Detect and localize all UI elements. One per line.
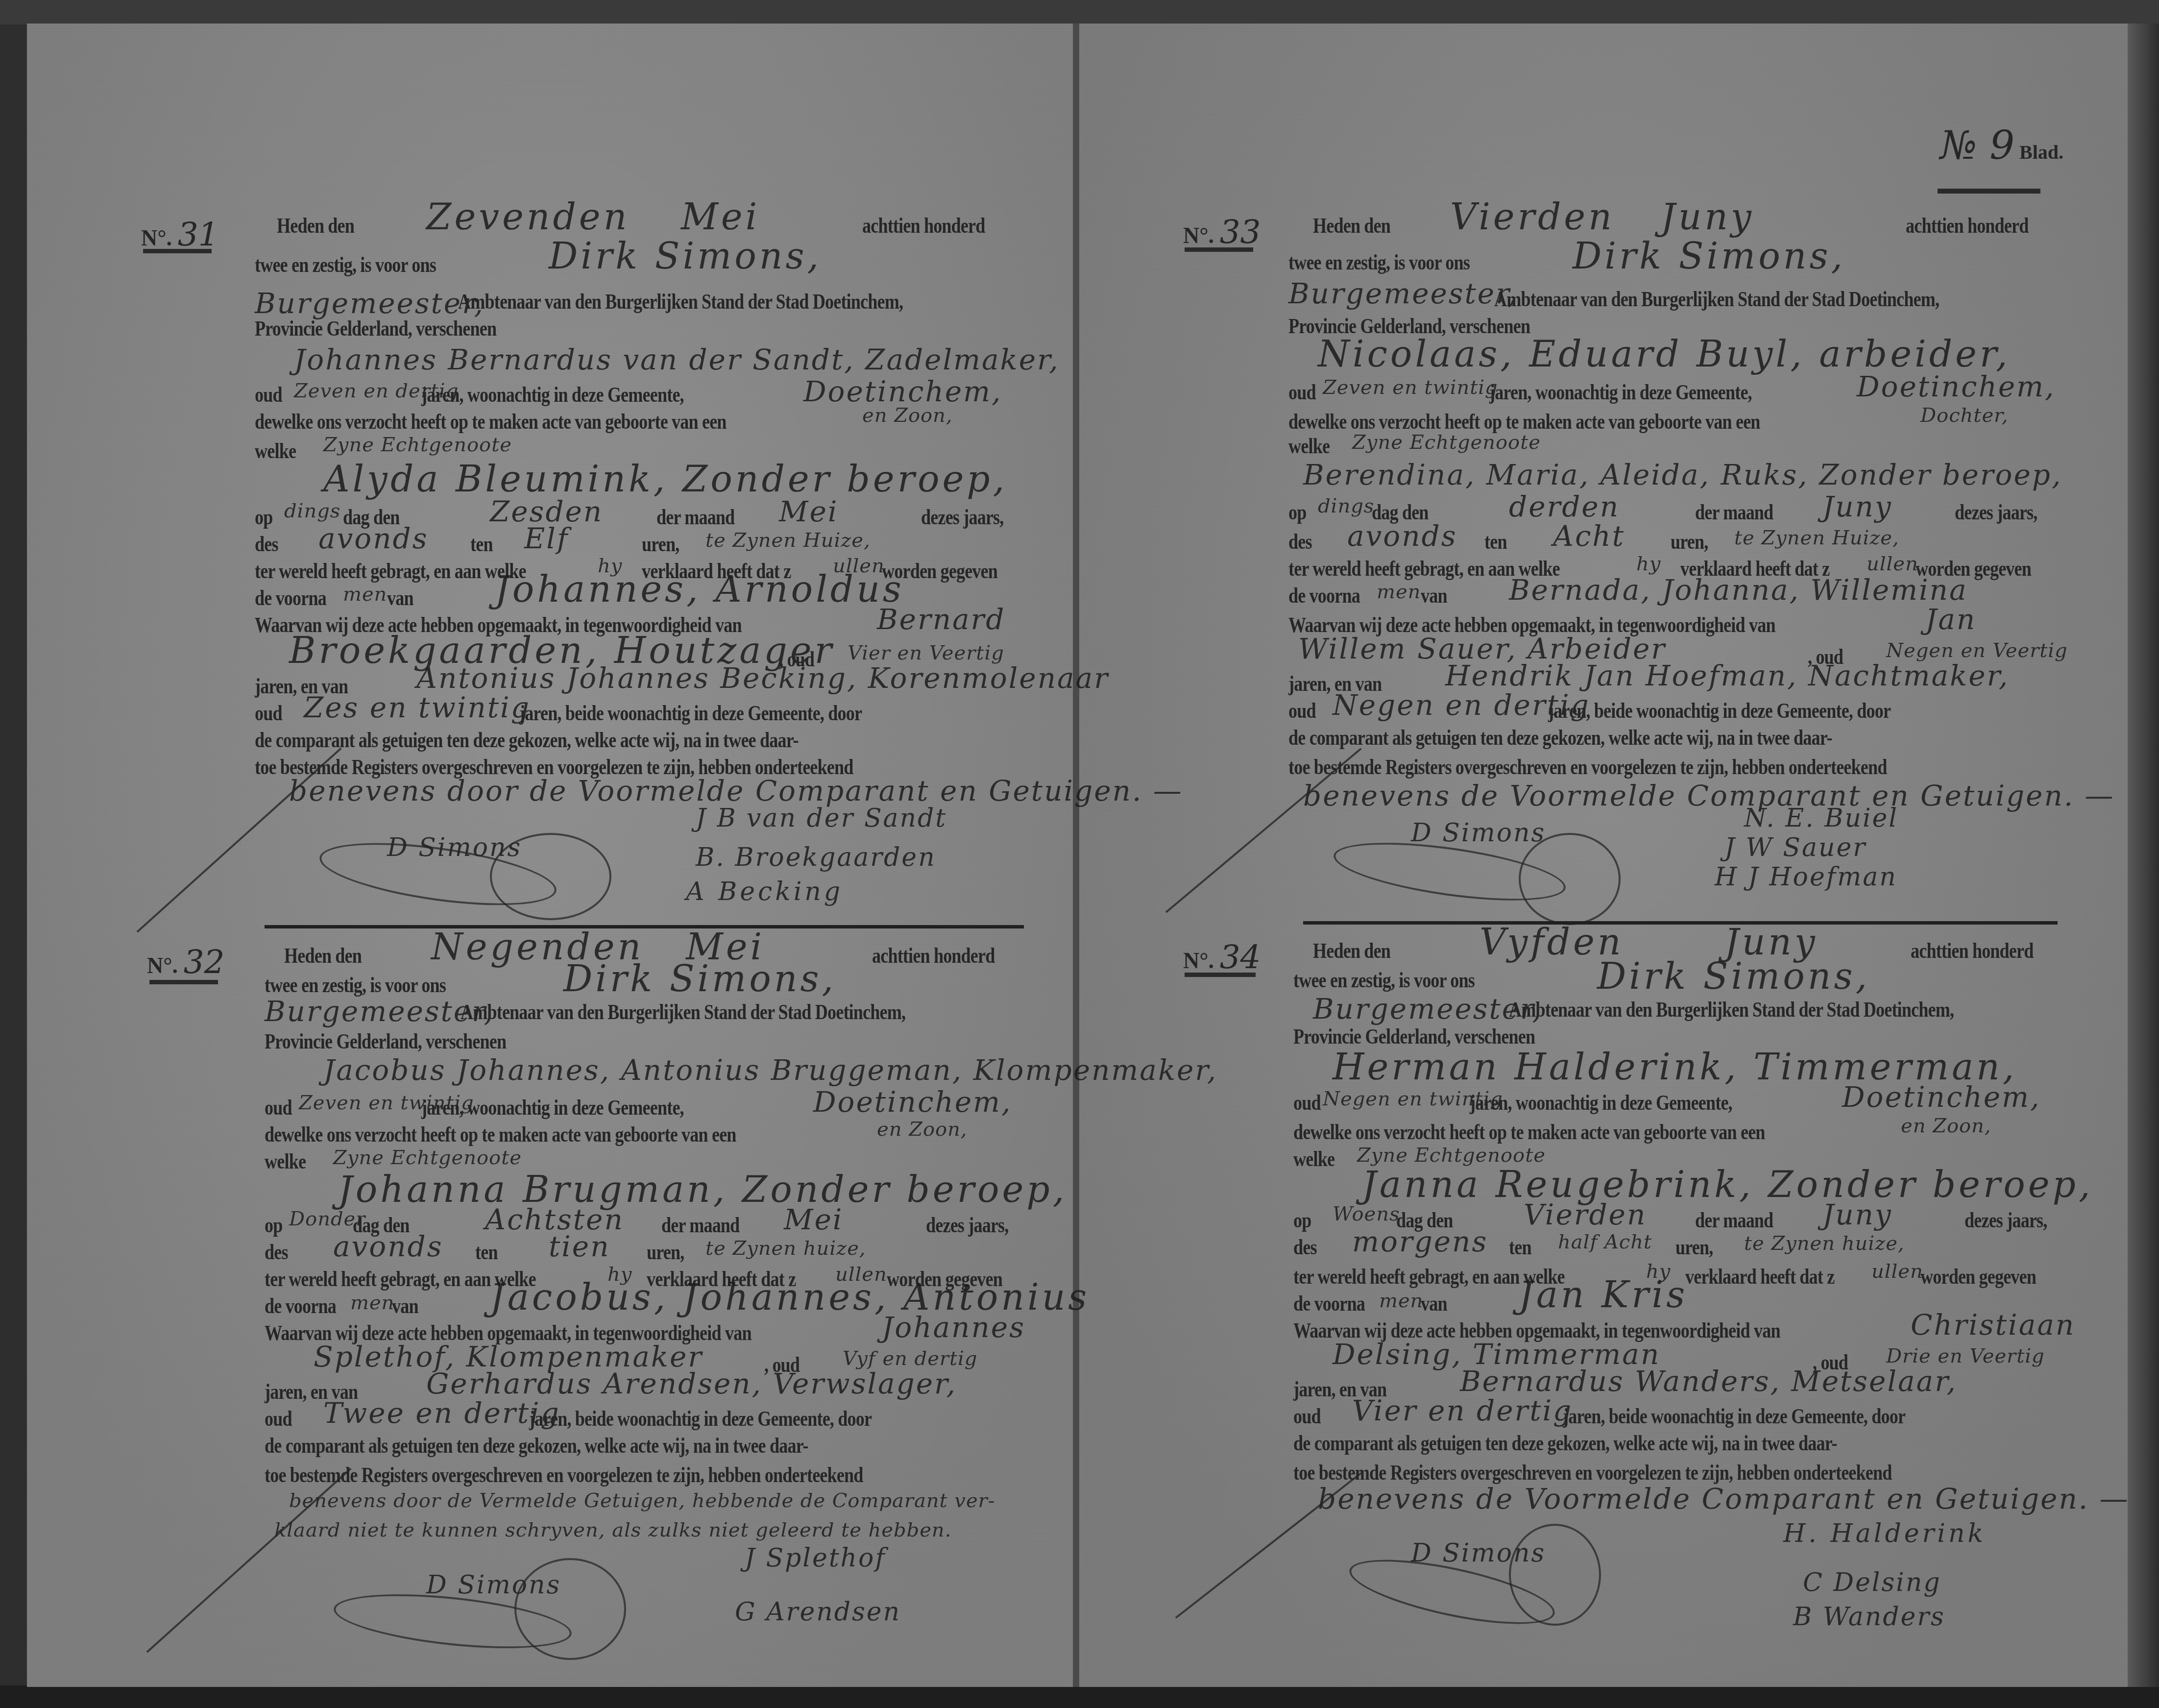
child-sex: en Zoon,: [862, 404, 953, 427]
official-name: Dirk Simons,: [1597, 955, 1870, 998]
declarant-name: Nicolaas, Eduard Buyl, arbeider,: [1318, 333, 2011, 375]
record-number: N°. 33: [1183, 213, 1261, 251]
record-separator: [1303, 921, 2058, 925]
official-title: Burgemeester,: [1313, 992, 1543, 1025]
printed-dezes-jaars: dezes jaars,: [926, 1213, 1009, 1238]
printed-dezes-jaars: dezes jaars,: [1955, 500, 2038, 525]
printed-twee-en-zestig: twee en zestig, is voor ons: [1293, 968, 1475, 993]
record-separator: [265, 925, 1024, 928]
declarant-name: Johannes Bernardus van der Sandt, Zadelm…: [294, 343, 1060, 376]
birth-hour: half Acht: [1558, 1231, 1652, 1253]
signature-flourish: [1519, 833, 1621, 925]
witness1-first-name: Christiaan: [1911, 1308, 2075, 1342]
closing-statement: benevens door de Voormelde Comparant en …: [289, 774, 1183, 807]
birth-place: te Zynen Huize,: [705, 529, 871, 552]
printed-oud: oud: [1288, 380, 1316, 405]
signature-flourish: [514, 1558, 626, 1660]
printed-provincie: Provincie Gelderland, verschenen: [255, 316, 496, 341]
signature-declarant: J B van der Sandt: [696, 804, 947, 833]
time-of-day: avonds: [333, 1230, 443, 1263]
official-name: Dirk Simons,: [563, 958, 836, 1000]
printed-de-voorna: de voorna: [1293, 1291, 1365, 1316]
voornamen-suffix: men: [343, 583, 387, 606]
witness1-first-name: Johannes: [882, 1311, 1025, 1344]
printed-oud: oud: [265, 1095, 292, 1120]
mother-name: Berendina, Maria, Aleida, Ruks, Zonder b…: [1303, 458, 2062, 491]
birth-month: Juny: [1822, 490, 1892, 523]
printed-worden-gegeven: worden gegeven: [1920, 1264, 2036, 1289]
signature-witness1: B. Broekgaarden: [696, 843, 936, 872]
witness2-age: Twee en dertig: [323, 1396, 560, 1430]
signature-witness2: B Wanders: [1793, 1602, 1945, 1632]
record-number-underline: [143, 249, 212, 253]
birth-place: te Zynen huize,: [1744, 1232, 1905, 1255]
record-date-month: Mei: [681, 196, 760, 238]
printed-ambtenaar: Ambtenaar van den Burgerlijken Stand der…: [458, 289, 903, 314]
printed-der-maand: der maand: [1695, 1208, 1773, 1233]
printed-achttien-honderd: achttien honderd: [872, 943, 995, 968]
declarant-name: Jacobus Johannes, Antonius Bruggeman, Kl…: [323, 1053, 1217, 1087]
printed-ten: ten: [470, 532, 493, 557]
page-number-handwritten: № 9: [1940, 122, 2014, 168]
page-marker-label: Blad.: [2019, 141, 2063, 163]
relation: Zyne Echtgenoote: [1352, 431, 1541, 454]
witness2-name: Bernardus Wanders, Metselaar,: [1460, 1365, 1957, 1398]
printed-des: des: [1293, 1235, 1317, 1260]
printed-der-maand: der maand: [1695, 500, 1773, 525]
printed-toe-bestemde: toe bestemde Registers overgeschreven en…: [265, 1463, 863, 1488]
birth-weekday: Woens: [1333, 1203, 1400, 1225]
time-of-day: avonds: [1347, 519, 1457, 553]
record-date-day: Vierden: [1450, 196, 1615, 238]
printed-heden-den: Heden den: [284, 943, 362, 968]
residence: Doetinchem,: [1857, 370, 2056, 403]
time-of-day: morgens: [1352, 1225, 1488, 1258]
printed-uren: uren,: [1671, 529, 1708, 554]
birth-weekday: dings: [1318, 495, 1374, 517]
printed-ambtenaar: Ambtenaar van den Burgerlijken Stand der…: [461, 1000, 905, 1025]
witness2-age: Zes en twintig: [304, 691, 531, 724]
printed-ten: ten: [475, 1240, 498, 1265]
printed-van: van: [1421, 1291, 1447, 1316]
printed-dewelke: dewelke ons verzocht heeft op te maken a…: [265, 1122, 736, 1147]
signature-witness1: J W Sauer: [1724, 833, 1867, 862]
printed-jaren-woonachtig: jaren, woonachtig in deze Gemeente,: [421, 382, 684, 407]
printed-provincie: Provincie Gelderland, verschenen: [265, 1029, 506, 1054]
birth-month: Mei: [784, 1203, 843, 1236]
scanner-frame-top: [0, 0, 2159, 24]
printed-jaren-beide: jaren, beide woonachtig in deze Gemeente…: [529, 1406, 872, 1431]
birth-month: Juny: [1822, 1198, 1892, 1231]
birth-place: te Zynen huize,: [705, 1237, 866, 1260]
printed-oud: oud: [1293, 1090, 1321, 1115]
printed-jaren-woonachtig: jaren, woonachtig in deze Gemeente,: [1470, 1090, 1732, 1115]
printed-de-voorna: de voorna: [255, 586, 326, 610]
printed-achttien-honderd: achttien honderd: [862, 213, 985, 238]
printed-welke: welke: [255, 439, 296, 464]
record-date-day: Zevenden: [426, 196, 630, 238]
declarant-age: Zeven en twintig: [1323, 376, 1498, 399]
printed-van: van: [387, 586, 413, 610]
printed-dewelke: dewelke ons verzocht heeft op te maken a…: [1288, 409, 1760, 434]
closing-statement: benevens door de Vermelde Getuigen, hebb…: [289, 1489, 995, 1512]
signature-declarant: H. Halderink: [1783, 1519, 1986, 1548]
printed-der-maand: der maand: [656, 505, 734, 530]
record-number-underline: [1185, 247, 1253, 252]
printed-jaren-beide: jaren, beide woonachtig in deze Gemeente…: [1563, 1404, 1905, 1429]
birth-weekday: dings: [284, 500, 340, 522]
printed-der-maand: der maand: [661, 1213, 739, 1238]
record-number-underline: [149, 980, 218, 984]
printed-dezes-jaars: dezes jaars,: [1965, 1208, 2047, 1233]
witness1-first-name: Bernard: [877, 603, 1005, 636]
printed-de-comparant: de comparant als getuigen ten deze gekoz…: [255, 728, 799, 753]
printed-twee-en-zestig: twee en zestig, is voor ons: [1288, 250, 1470, 275]
child-sex: en Zoon,: [1901, 1115, 1991, 1137]
printed-dezes-jaars: dezes jaars,: [921, 505, 1004, 530]
printed-uren: uren,: [1675, 1235, 1713, 1260]
official-title: Burgemeester,: [265, 995, 494, 1028]
birth-hour: tien: [549, 1230, 610, 1263]
printed-oud: oud: [265, 1406, 292, 1431]
signature-witness2: G Arendsen: [735, 1597, 901, 1627]
printed-de-comparant: de comparant als getuigen ten deze gekoz…: [265, 1433, 808, 1458]
printed-de-voorna: de voorna: [265, 1293, 336, 1318]
mother-name: Alyda Bleumink, Zonder beroep,: [323, 458, 1007, 500]
printed-des: des: [265, 1240, 288, 1265]
printed-welke: welke: [1288, 434, 1330, 459]
birth-place: te Zynen Huize,: [1734, 527, 1899, 549]
signature-witness2: A Becking: [686, 877, 843, 906]
relation: Zyne Echtgenoote: [323, 434, 512, 456]
printed-achttien-honderd: achttien honderd: [1906, 213, 2028, 238]
voornamen-suffix: men: [1377, 581, 1421, 603]
printed-toe-bestemde: toe bestemde Registers overgeschreven en…: [1293, 1460, 1892, 1485]
signature-witness2: H J Hoefman: [1715, 862, 1897, 892]
printed-welke: welke: [265, 1149, 306, 1174]
printed-jaren-woonachtig: jaren, woonachtig in deze Gemeente,: [421, 1095, 684, 1120]
closing-statement: benevens de Voormelde Comparant en Getui…: [1318, 1482, 2130, 1515]
mother-name: Janna Reugebrink, Zonder beroep,: [1362, 1164, 2093, 1206]
birth-hour: Acht: [1553, 519, 1625, 553]
relation: Zyne Echtgenoote: [333, 1147, 522, 1169]
signature-witness1: C Delsing: [1803, 1568, 1941, 1597]
printed-uren: uren,: [642, 532, 679, 557]
voornamen-suffix: men: [350, 1292, 394, 1314]
printed-ten: ten: [1484, 529, 1507, 554]
closing-statement: benevens de Voormelde Comparant en Getui…: [1303, 779, 2115, 812]
signature-flourish: [490, 833, 611, 920]
page-marker-underline: [1938, 189, 2040, 194]
printed-oud: oud: [255, 382, 282, 407]
printed-welke: welke: [1293, 1147, 1334, 1171]
time-of-day: avonds: [318, 522, 429, 555]
record-number: N°. 34: [1183, 938, 1261, 976]
birth-hour: Elf: [524, 522, 569, 555]
printed-ten: ten: [1509, 1235, 1531, 1260]
pronoun: hy: [1636, 553, 1661, 575]
printed-dewelke: dewelke ons verzocht heeft op te maken a…: [255, 409, 727, 434]
record-date-month: Juny: [1661, 196, 1754, 238]
witness2-age: Vier en dertig: [1352, 1394, 1573, 1427]
zullen: ullen: [1867, 553, 1918, 575]
official-title: Burgemeester,: [255, 287, 485, 320]
child-names: Johannes, Arnoldus: [495, 568, 904, 610]
scanner-frame-bottom: [0, 1685, 2159, 1708]
printed-ambtenaar: Ambtenaar van den Burgerlijken Stand der…: [1509, 997, 1954, 1022]
birth-month: Mei: [779, 495, 838, 528]
printed-provincie: Provincie Gelderland, verschenen: [1293, 1024, 1535, 1049]
record-number-underline: [1185, 973, 1256, 977]
printed-des: des: [1288, 529, 1312, 554]
printed-des: des: [255, 532, 278, 557]
birth-day: Vierden: [1524, 1198, 1647, 1231]
printed-op: op: [265, 1213, 282, 1238]
printed-van: van: [1421, 583, 1447, 608]
record-number: N°. 31: [141, 216, 219, 253]
official-title: Burgemeester,: [1288, 277, 1518, 310]
signature-official: D Simons: [1411, 818, 1546, 848]
printed-twee-en-zestig: twee en zestig, is voor ons: [265, 973, 446, 998]
printed-de-comparant: de comparant als getuigen ten deze gekoz…: [1288, 725, 1832, 750]
witness2-name: Antonius Johannes Becking, Korenmolenaar: [416, 661, 1109, 695]
printed-oud: oud: [255, 701, 282, 726]
child-sex: Dochter,: [1920, 404, 2009, 427]
printed-op: op: [1288, 500, 1306, 525]
printed-oud: oud: [1293, 1404, 1321, 1429]
birth-day: derden: [1509, 490, 1620, 523]
printed-twee-en-zestig: twee en zestig, is voor ons: [255, 252, 436, 277]
zullen: ullen: [1871, 1260, 1923, 1283]
printed-jaren-beide: jaren, beide woonachtig in deze Gemeente…: [1548, 698, 1891, 723]
printed-achttien-honderd: achttien honderd: [1911, 938, 2033, 963]
printed-oud: oud: [1288, 698, 1316, 723]
witness2-name: Gerhardus Arendsen, Verwslager,: [426, 1367, 957, 1400]
child-names: Jan Kris: [1519, 1274, 1688, 1316]
printed-ter-wereld: ter wereld heeft gebragt, en aan welke: [255, 559, 526, 584]
witness2-name: Hendrik Jan Hoefman, Nachtmaker,: [1445, 659, 2009, 692]
printed-verklaard: verklaard heeft dat z: [1685, 1264, 1834, 1289]
printed-op: op: [255, 505, 272, 530]
child-names: Bernada, Johanna, Willemina: [1509, 573, 1968, 607]
residence: Doetinchem,: [813, 1085, 1012, 1119]
page-marker: № 9 Blad.: [1940, 122, 2063, 168]
printed-ambtenaar: Ambtenaar van den Burgerlijken Stand der…: [1494, 287, 1939, 312]
residence: Doetinchem,: [803, 375, 1002, 408]
printed-toe-bestemde: toe bestemde Registers overgeschreven en…: [1288, 755, 1887, 780]
signature-witness1: J Splethof: [745, 1543, 886, 1573]
printed-heden-den: Heden den: [277, 213, 354, 238]
closing-statement-2: klaard niet te kunnen schryven, als zulk…: [274, 1519, 951, 1541]
official-name: Dirk Simons,: [549, 235, 822, 277]
record-number: N°. 32: [147, 943, 225, 981]
printed-de-voorna: de voorna: [1288, 583, 1360, 608]
official-name: Dirk Simons,: [1573, 235, 1845, 277]
child-sex: en Zoon,: [877, 1118, 968, 1141]
printed-jaren-beide: jaren, beide woonachtig in deze Gemeente…: [519, 701, 862, 726]
printed-heden-den: Heden den: [1313, 213, 1390, 238]
residence: Doetinchem,: [1842, 1080, 2041, 1114]
printed-dewelke: dewelke ons verzocht heeft op te maken a…: [1293, 1120, 1765, 1145]
printed-jaren-woonachtig: jaren, woonachtig in deze Gemeente,: [1489, 380, 1752, 405]
signature-declarant: N. E. Buiel: [1744, 804, 1898, 833]
printed-uren: uren,: [647, 1240, 684, 1265]
witness1-first-name: Jan: [1925, 603, 1976, 636]
printed-de-comparant: de comparant als getuigen ten deze gekoz…: [1293, 1431, 1837, 1456]
signature-flourish: [1509, 1524, 1601, 1626]
printed-op: op: [1293, 1208, 1311, 1233]
mother-name: Johanna Brugman, Zonder beroep,: [338, 1169, 1067, 1211]
printed-heden-den: Heden den: [1313, 938, 1390, 963]
voornamen-suffix: men: [1379, 1290, 1423, 1312]
printed-van: van: [392, 1293, 418, 1318]
